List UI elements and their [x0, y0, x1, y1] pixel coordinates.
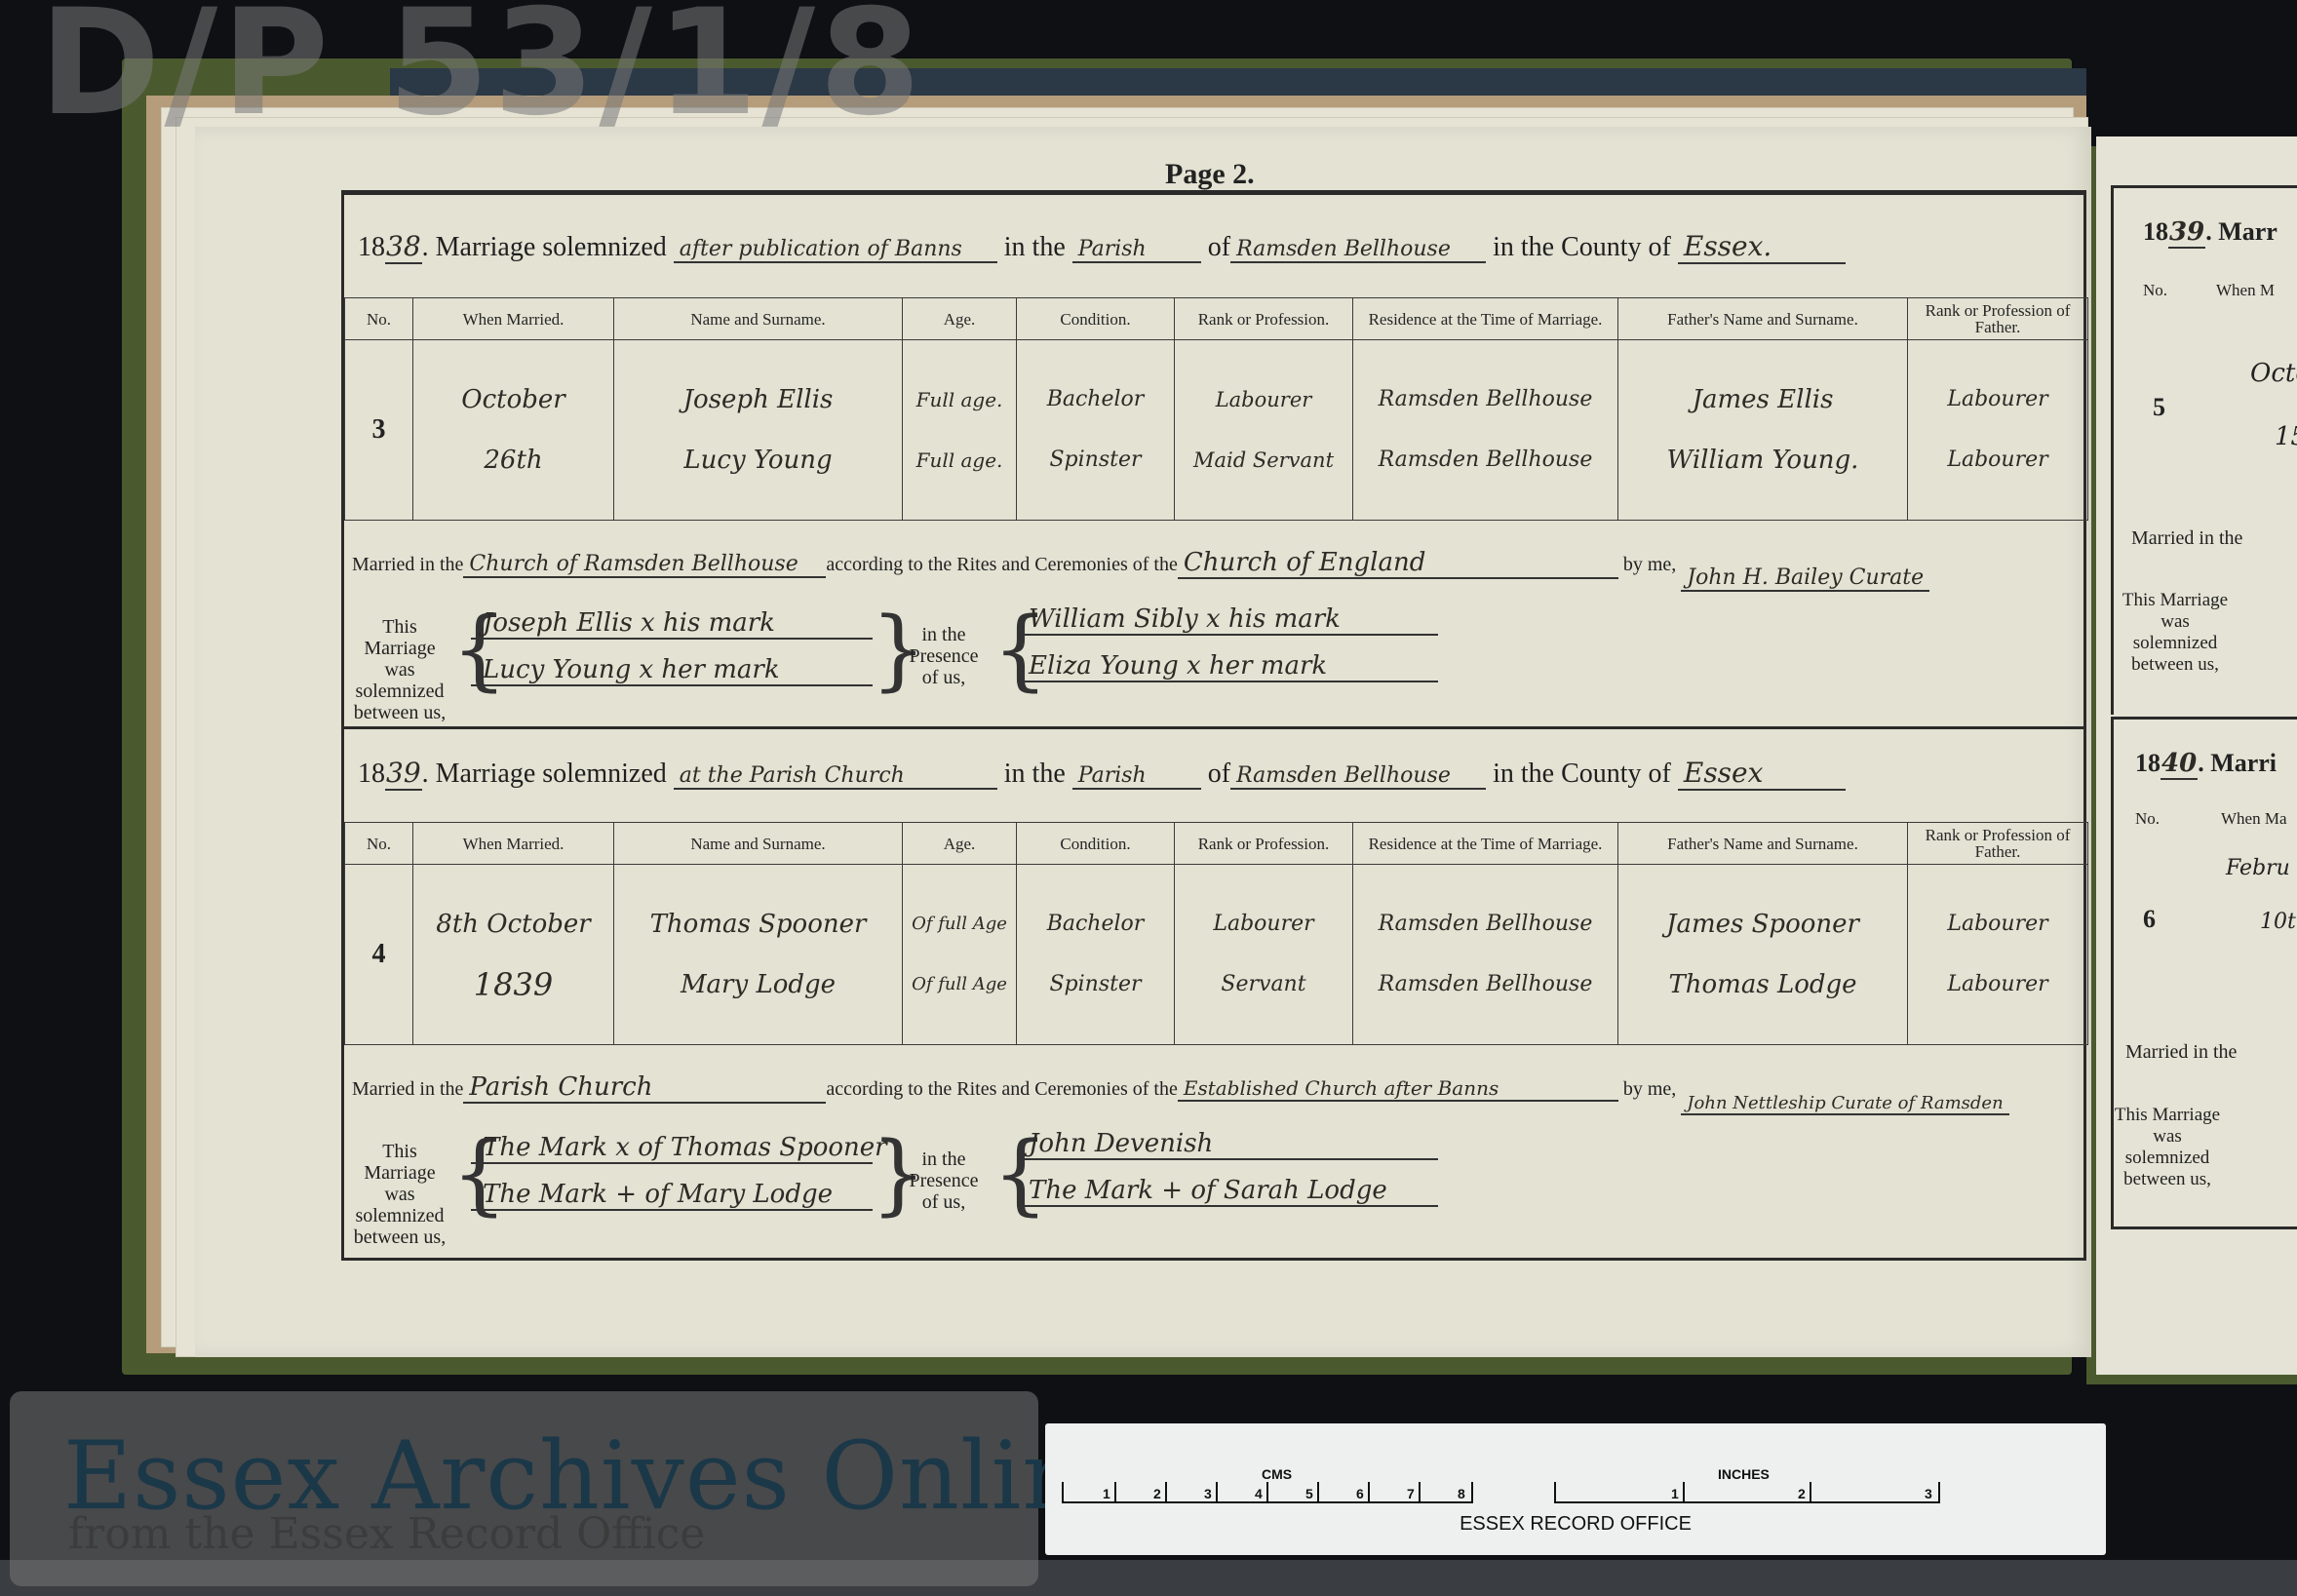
groom-father: James Spooner	[1622, 894, 1903, 954]
col-rank: Rank or Profession.	[1175, 823, 1353, 865]
scale-ruler: CMS 1 2 3 4 5 6 7 8 INCHES 1 2 3 ESSEX R…	[1045, 1423, 2106, 1555]
ages: Of full AgeOf full Age	[903, 865, 1017, 1045]
solemnized-label: . Marriage solemnized	[422, 759, 667, 789]
tick	[1419, 1482, 1421, 1501]
county-of-label: of	[1649, 232, 1671, 262]
cms-scale: 1 2 3 4 5 6 7 8	[1062, 1482, 1473, 1503]
col-condition: Condition.	[1017, 298, 1175, 340]
solemnized-how: after publication of Banns	[674, 237, 997, 263]
col-no: No.	[345, 823, 413, 865]
presence-label: in thePresenceof us,	[900, 1148, 988, 1213]
married-in-label: Married in the	[352, 554, 463, 575]
tick-label: 8	[1458, 1486, 1465, 1501]
father-ranks: LabourerLabourer	[1908, 865, 2088, 1045]
presence-label: in thePresenceof us,	[900, 624, 988, 688]
tick-label: 4	[1255, 1486, 1263, 1501]
conditions: BachelorSpinster	[1017, 340, 1175, 521]
entry-heading: 1838. Marriage solemnized after publicat…	[358, 230, 1846, 264]
col-age: Age.	[903, 823, 1017, 865]
date-line: 15	[2275, 422, 2297, 451]
col-father-rank: Rank or Profession of Father.	[1908, 298, 2088, 340]
entry-number: 5	[2153, 393, 2165, 422]
married-in-label: Married in the	[352, 1078, 463, 1100]
groom-residence: Ramsden Bellhouse	[1357, 370, 1614, 430]
marriage-entry-2: 1839. Marriage solemnized at the Parish …	[344, 729, 2083, 1261]
solemnized-how: at the Parish Church	[674, 763, 997, 790]
entry-number: 6	[2143, 905, 2156, 934]
groom-residence: Ramsden Bellhouse	[1357, 894, 1614, 954]
tick-label: 2	[1798, 1486, 1806, 1501]
county-label: in the County	[1493, 759, 1641, 789]
col-rank: Rank or Profession.	[1175, 298, 1353, 340]
tick	[1810, 1482, 1811, 1501]
col-when-married: When Married.	[413, 298, 614, 340]
date-line: Febru	[2226, 856, 2290, 880]
label-line: was	[2122, 611, 2229, 633]
tick	[1266, 1482, 1268, 1501]
label-line: was	[2114, 1126, 2221, 1148]
year-suffix: 39	[385, 757, 422, 791]
entry-number: 4	[345, 865, 413, 1045]
bride-father-rank: Labourer	[1912, 430, 2083, 490]
groom-rank: Labourer	[1179, 370, 1348, 430]
tick	[1216, 1482, 1218, 1501]
bride-father: Thomas Lodge	[1622, 954, 1903, 1015]
date-line: 10th	[2260, 910, 2297, 934]
label-line: solemnized	[346, 1205, 453, 1226]
label-line: of us,	[900, 667, 988, 688]
groom-father: James Ellis	[1622, 370, 1903, 430]
officiant-signature: John Nettleship Curate of Ramsden	[1681, 1093, 2008, 1115]
bride-signature: Lucy Young x her mark	[471, 655, 873, 686]
bride-residence: Ramsden Bellhouse	[1357, 954, 1614, 1015]
col-when-married: When Ma	[2221, 809, 2287, 829]
inches-scale: 1 2 3	[1554, 1482, 1940, 1503]
witness-2-signature: The Mark + of Sarah Lodge	[1017, 1176, 1438, 1207]
col-no: No.	[345, 298, 413, 340]
bride-age: Of full Age	[907, 954, 1012, 1015]
tick	[1165, 1482, 1167, 1501]
year-prefix: 18	[2143, 217, 2168, 246]
residences: Ramsden BellhouseRamsden Bellhouse	[1353, 340, 1618, 521]
tick	[1368, 1482, 1370, 1501]
next-page-entry-6: 1840. Marri No. When Ma 6 Febru 10th Mar…	[2111, 717, 2297, 1229]
entry-heading: 1839. Marriage solemnized at the Parish …	[358, 757, 1846, 791]
page-number: Page 2.	[1165, 158, 1255, 191]
county-name: Essex	[1678, 757, 1846, 791]
county-name: Essex.	[1678, 230, 1846, 264]
tick-label: 7	[1407, 1486, 1415, 1501]
col-name: Name and Surname.	[614, 823, 903, 865]
year-suffix: 40	[2161, 749, 2198, 780]
reference-watermark: D/P 53/1/8	[39, 0, 925, 136]
year-prefix: 18	[2135, 749, 2161, 777]
tick-label: 1	[1103, 1486, 1110, 1501]
in-the-label: in the	[1004, 232, 1066, 262]
col-age: Age.	[903, 298, 1017, 340]
between-us-label: This Marriagewassolemnizedbetween us,	[346, 1141, 453, 1248]
married-in-label: Married in the	[2131, 527, 2242, 550]
date-line: 1839	[417, 954, 609, 1015]
date-line: 8th October	[417, 894, 609, 954]
table-row: 3 October26th Joseph EllisLucy Young Ful…	[345, 340, 2088, 521]
label-line: in the	[900, 1148, 988, 1170]
label-line: Presence	[900, 645, 988, 667]
tick	[1317, 1482, 1319, 1501]
bride-condition: Spinster	[1021, 430, 1170, 490]
parish-name: Ramsden Bellhouse	[1230, 763, 1486, 790]
label-line: of us,	[900, 1191, 988, 1213]
between-us-label: This Marriagewassolemnizedbetween us,	[2114, 1105, 2221, 1190]
col-no: No.	[2135, 809, 2160, 829]
groom-father-rank: Labourer	[1912, 894, 2083, 954]
col-father-rank: Rank or Profession of Father.	[1908, 823, 2088, 865]
ranks: LabourerServant	[1175, 865, 1353, 1045]
tick	[1114, 1482, 1116, 1501]
bride-father: William Young.	[1622, 430, 1903, 490]
when-married: October26th	[413, 340, 614, 521]
date-line: Octo	[2250, 359, 2297, 388]
ruler-office-name: ESSEX RECORD OFFICE	[1045, 1513, 2106, 1536]
married-in-label: Married in the	[2125, 1041, 2237, 1064]
witness-1-signature: William Sibly x his mark	[1017, 604, 1438, 636]
rites-label: according to the Rites and Ceremonies of…	[826, 1078, 1177, 1100]
tick-label: 3	[1204, 1486, 1212, 1501]
inches-label: INCHES	[1718, 1466, 1770, 1482]
between-us-label: This Marriagewassolemnizedbetween us,	[2122, 590, 2229, 676]
groom-signature: The Mark x of Thomas Spooner	[471, 1133, 873, 1164]
county-of-label: of	[1649, 759, 1671, 789]
heading-fragment: . Marri	[2198, 749, 2277, 777]
of-label: of	[1208, 232, 1230, 262]
bride-name: Mary Lodge	[618, 954, 898, 1015]
bride-signature: The Mark + of Mary Lodge	[471, 1180, 873, 1211]
next-entry-heading: 1839. Marr	[2143, 217, 2278, 249]
tick-label: 6	[1356, 1486, 1364, 1501]
year-suffix: 38	[385, 230, 422, 264]
entry-table: No. When Married. Name and Surname. Age.…	[344, 822, 2088, 1045]
officiant-signature: John H. Bailey Curate	[1681, 565, 1929, 592]
groom-condition: Bachelor	[1021, 894, 1170, 954]
bride-father-rank: Labourer	[1912, 954, 2083, 1015]
tick-label: 5	[1305, 1486, 1313, 1501]
next-page-entry-5: 1839. Marr No. When M 5 Octo 15 Married …	[2111, 185, 2297, 715]
label-line: This Marriage	[346, 616, 453, 659]
father-ranks: LabourerLabourer	[1908, 340, 2088, 521]
tick-label: 3	[1925, 1486, 1932, 1501]
date-line: October	[417, 370, 609, 430]
year-prefix: 18	[358, 759, 385, 789]
parish-name: Ramsden Bellhouse	[1230, 237, 1486, 263]
col-father-name: Father's Name and Surname.	[1618, 298, 1908, 340]
label-line: between us,	[2114, 1169, 2221, 1190]
names: Thomas SpoonerMary Lodge	[614, 865, 903, 1045]
label-line: between us,	[2122, 654, 2229, 676]
tick	[1683, 1482, 1685, 1501]
parish-type: Parish	[1072, 237, 1201, 263]
groom-name: Thomas Spooner	[618, 894, 898, 954]
label-line: in the	[900, 624, 988, 645]
groom-condition: Bachelor	[1021, 370, 1170, 430]
of-label: of	[1208, 759, 1230, 789]
groom-rank: Labourer	[1179, 894, 1348, 954]
col-no: No.	[2143, 281, 2167, 300]
married-in-line: Married in theChurch of Ramsden Bellhous…	[352, 548, 1929, 579]
rites-label: according to the Rites and Ceremonies of…	[826, 554, 1177, 575]
ages: Full age.Full age.	[903, 340, 1017, 521]
residences: Ramsden BellhouseRamsden Bellhouse	[1353, 865, 1618, 1045]
label-line: This Marriage	[346, 1141, 453, 1184]
married-in-line: Married in theParish Churchaccording to …	[352, 1072, 2009, 1104]
by-me-label: by me,	[1623, 1078, 1676, 1100]
heading-fragment: . Marr	[2205, 217, 2278, 246]
col-father-name: Father's Name and Surname.	[1618, 823, 1908, 865]
bride-name: Lucy Young	[618, 430, 898, 490]
col-condition: Condition.	[1017, 823, 1175, 865]
groom-name: Joseph Ellis	[618, 370, 898, 430]
col-when-married: When Married.	[413, 823, 614, 865]
cms-label: CMS	[1262, 1466, 1292, 1482]
married-in-place: Parish Church	[463, 1072, 826, 1104]
label-line: solemnized	[2114, 1148, 2221, 1169]
label-line: This Marriage	[2114, 1105, 2221, 1126]
groom-father-rank: Labourer	[1912, 370, 2083, 430]
col-residence: Residence at the Time of Marriage.	[1353, 823, 1618, 865]
rites-name: Established Church after Banns	[1178, 1076, 1618, 1102]
conditions: BachelorSpinster	[1017, 865, 1175, 1045]
married-in-place: Church of Ramsden Bellhouse	[463, 552, 826, 578]
bride-rank: Servant	[1179, 954, 1348, 1015]
date-line: 26th	[417, 430, 609, 490]
in-the-label: in the	[1004, 759, 1066, 789]
tick-label: 1	[1671, 1486, 1679, 1501]
col-name: Name and Surname.	[614, 298, 903, 340]
entry-number: 3	[345, 340, 413, 521]
label-line: between us,	[346, 1226, 453, 1248]
groom-signature: Joseph Ellis x his mark	[471, 608, 873, 640]
col-residence: Residence at the Time of Marriage.	[1353, 298, 1618, 340]
year-suffix: 39	[2168, 217, 2205, 249]
entry-table: No. When Married. Name and Surname. Age.…	[344, 297, 2088, 521]
fathers: James EllisWilliam Young.	[1618, 340, 1908, 521]
label-line: was	[346, 659, 453, 681]
rites-name: Church of England	[1178, 548, 1618, 579]
solemnized-label: . Marriage solemnized	[422, 232, 667, 262]
column-header-row: No. When Married. Name and Surname. Age.…	[345, 298, 2088, 340]
next-entry-heading: 1840. Marri	[2135, 749, 2277, 780]
ranks: LabourerMaid Servant	[1175, 340, 1353, 521]
witness-2-signature: Eliza Young x her mark	[1017, 651, 1438, 682]
bride-rank: Maid Servant	[1179, 430, 1348, 490]
brand-subtitle: from the Essex Record Office	[68, 1509, 705, 1559]
names: Joseph EllisLucy Young	[614, 340, 903, 521]
label-line: solemnized	[2122, 633, 2229, 654]
label-line: solemnized	[346, 681, 453, 702]
county-label: in the County	[1493, 232, 1641, 262]
marriage-register-form: 1838. Marriage solemnized after publicat…	[341, 190, 2086, 1261]
year-prefix: 18	[358, 232, 385, 262]
groom-age: Of full Age	[907, 894, 1012, 954]
between-us-label: This Marriagewassolemnizedbetween us,	[346, 616, 453, 723]
bride-age: Full age.	[907, 430, 1012, 490]
label-line: between us,	[346, 702, 453, 723]
parish-type: Parish	[1072, 763, 1201, 790]
tick-label: 2	[1153, 1486, 1161, 1501]
label-line: Presence	[900, 1170, 988, 1191]
label-line: was	[346, 1184, 453, 1205]
bride-residence: Ramsden Bellhouse	[1357, 430, 1614, 490]
bride-condition: Spinster	[1021, 954, 1170, 1015]
witness-1-signature: John Devenish	[1017, 1129, 1438, 1160]
col-when-married: When M	[2216, 281, 2275, 300]
groom-age: Full age.	[907, 370, 1012, 430]
by-me-label: by me,	[1623, 554, 1676, 575]
label-line: This Marriage	[2122, 590, 2229, 611]
when-married: 8th October1839	[413, 865, 614, 1045]
table-row: 4 8th October1839 Thomas SpoonerMary Lod…	[345, 865, 2088, 1045]
marriage-entry-1: 1838. Marriage solemnized after publicat…	[344, 195, 2083, 726]
column-header-row: No. When Married. Name and Surname. Age.…	[345, 823, 2088, 865]
fathers: James SpoonerThomas Lodge	[1618, 865, 1908, 1045]
